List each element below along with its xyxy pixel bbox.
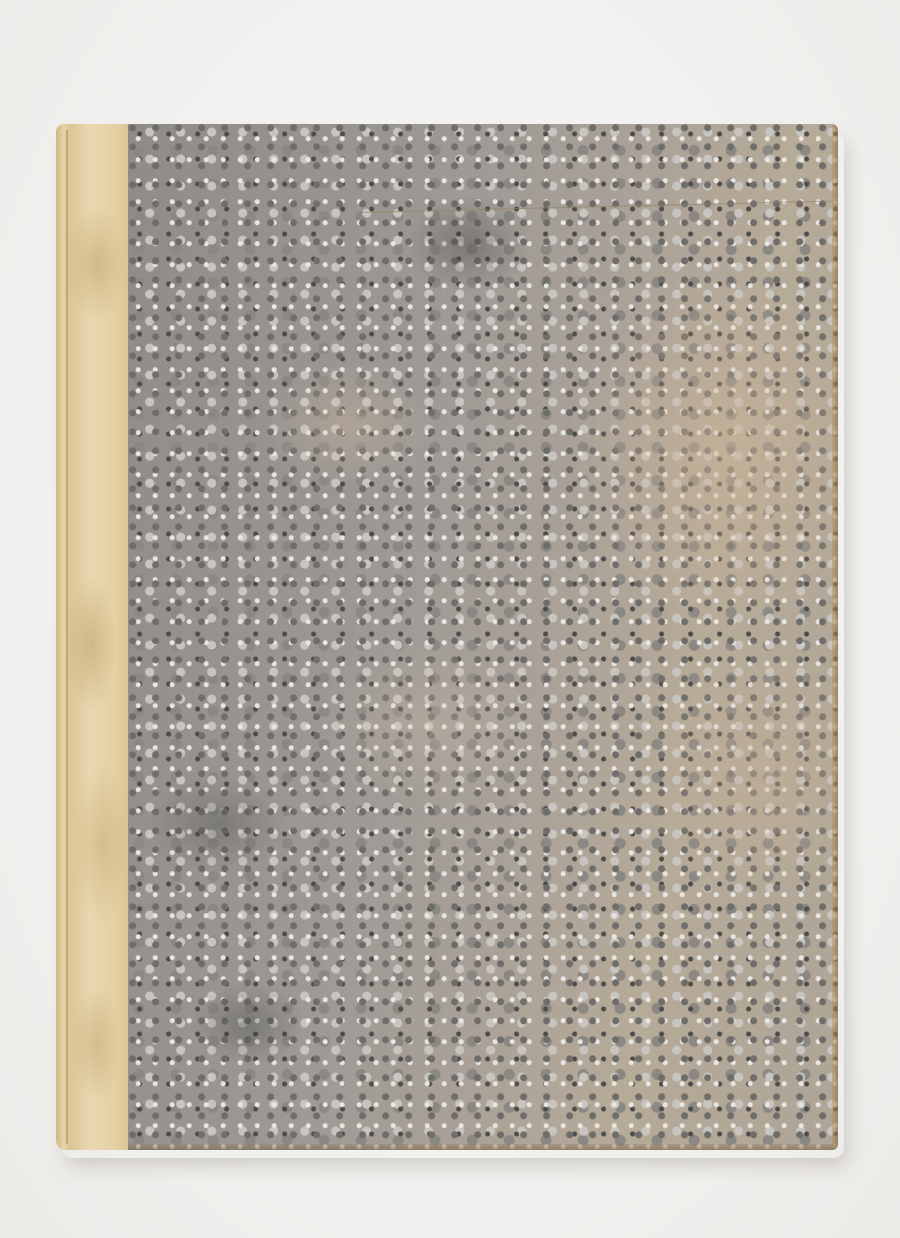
cover-fore-edge (832, 124, 838, 1150)
spine-fold-line (66, 130, 68, 1144)
vellum-spine (56, 124, 132, 1150)
book (56, 124, 838, 1150)
cover-bottom-edge (128, 1144, 838, 1150)
marbled-cover (128, 124, 838, 1150)
cover-scratch (362, 199, 838, 213)
